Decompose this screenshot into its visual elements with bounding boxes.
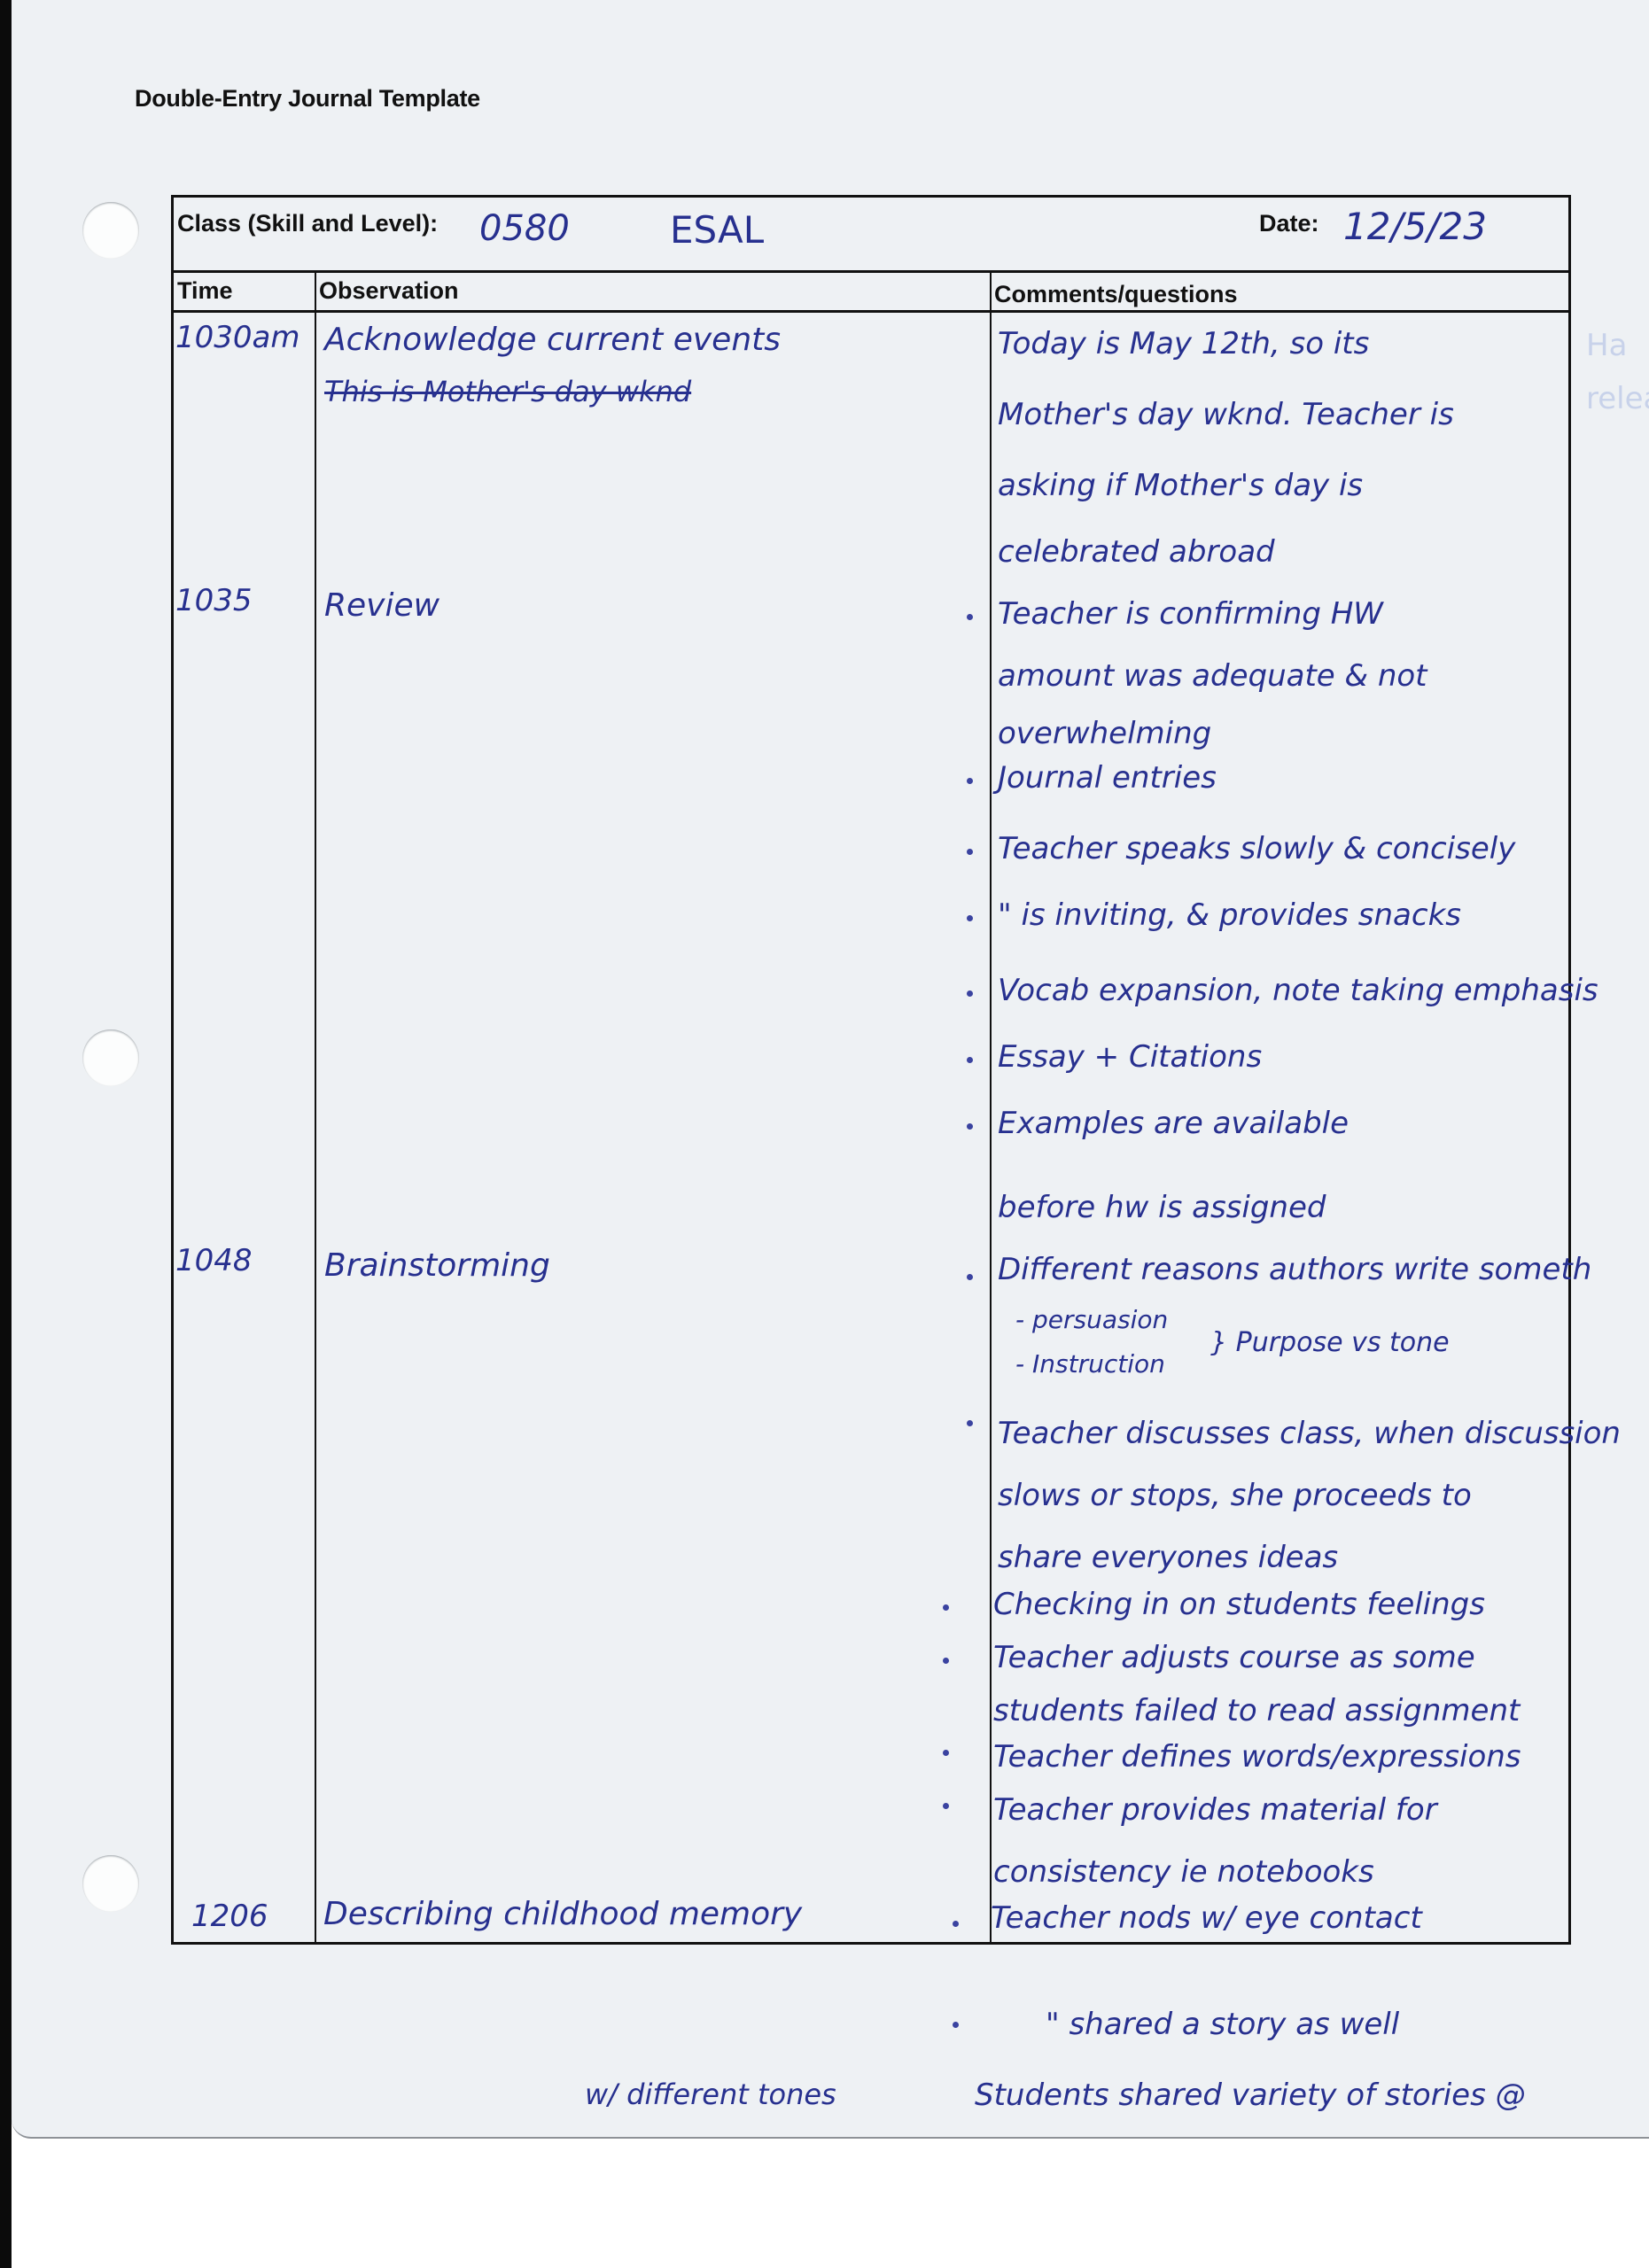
bullet-icon [943, 1803, 949, 1809]
entry-observation-struck: This is Mother's day wknd [324, 375, 691, 408]
bullet-icon [967, 915, 973, 921]
entry-comment: before hw is assigned [998, 1190, 1326, 1225]
entry-comment: Different reasons authors write someth [998, 1252, 1591, 1287]
header-observation: Observation [319, 277, 459, 305]
class-code: 0580 [479, 208, 570, 249]
bleed-through-text: relea [1586, 381, 1649, 416]
entry-observation: Describing childhood memory [323, 1896, 802, 1932]
entry-time: 1030am [175, 320, 299, 355]
entry-comment: celebrated abroad [998, 534, 1275, 570]
bullet-icon [967, 1420, 973, 1426]
entry-comment: Teacher speaks slowly & concisely [998, 831, 1515, 866]
header-row: Time Observation Comments/questions [174, 270, 1568, 313]
date-value: 12/5/23 [1343, 205, 1487, 248]
entry-comment: Vocab expansion, note taking emphasis [998, 973, 1598, 1008]
bullet-icon [953, 1921, 959, 1927]
entry-observation: Brainstorming [324, 1247, 550, 1284]
punch-hole-middle [82, 1029, 139, 1086]
bullet-icon [967, 1057, 973, 1063]
bullet-icon [943, 1750, 949, 1756]
entry-comment: asking if Mother's day is [998, 468, 1363, 503]
class-level: ESAL [670, 208, 764, 252]
entry-comment: Teacher is confirming HW [998, 596, 1383, 632]
entry-observation: Review [324, 587, 439, 624]
punch-hole-top [82, 202, 139, 259]
column-divider-time [315, 270, 316, 1942]
entry-time: 1048 [175, 1243, 253, 1278]
entry-comment: amount was adequate & not [998, 658, 1427, 694]
entry-comment: Journal entries [998, 760, 1217, 796]
class-row: Class (Skill and Level): 0580 ESAL Date:… [174, 198, 1568, 273]
header-comments: Comments/questions [994, 281, 1238, 308]
bullet-icon [943, 1604, 949, 1611]
entry-comment: " shared a story as well [1046, 2007, 1399, 2042]
entry-comment: consistency ie notebooks [993, 1854, 1374, 1890]
entry-observation: Acknowledge current events [324, 322, 781, 358]
entry-time: 1206 [191, 1899, 268, 1934]
entry-comment: Mother's day wknd. Teacher is [998, 397, 1454, 432]
punch-hole-bottom [82, 1855, 139, 1912]
journal-table: Class (Skill and Level): 0580 ESAL Date:… [171, 195, 1571, 1945]
column-divider-observation [990, 270, 992, 1942]
entry-comment: overwhelming [998, 716, 1211, 751]
entry-comment-subitem: - persuasion [1015, 1305, 1168, 1334]
entry-comment-subitem: - Instruction [1015, 1349, 1165, 1379]
entry-comment: Examples are available [998, 1106, 1349, 1141]
entry-comment: Teacher nods w/ eye contact [991, 1900, 1422, 1936]
bullet-icon [967, 849, 973, 855]
entry-comment: Checking in on students feelings [993, 1587, 1485, 1622]
bullet-icon [967, 1274, 973, 1280]
entry-comment: Teacher discusses class, when discussion [998, 1416, 1621, 1451]
entry-comment: slows or stops, she proceeds to [998, 1478, 1472, 1513]
entry-comment: " is inviting, & provides snacks [998, 897, 1461, 933]
bullet-icon [967, 778, 973, 784]
entry-comment: Essay + Citations [998, 1039, 1262, 1075]
date-label: Date: [1259, 210, 1319, 237]
entry-time: 1035 [175, 583, 253, 618]
entry-comment: share everyones ideas [998, 1540, 1338, 1575]
entry-comment-bracket-note: } Purpose vs tone [1210, 1327, 1450, 1358]
bullet-icon [967, 614, 973, 620]
scanner-edge [0, 0, 12, 2268]
bullet-icon [943, 1658, 949, 1664]
document-title: Double-Entry Journal Template [135, 85, 480, 113]
entry-observation-continued: w/ different tones [585, 2078, 836, 2111]
bleed-through-text: Ha [1586, 328, 1627, 363]
class-label: Class (Skill and Level): [177, 210, 438, 237]
bullet-icon [967, 990, 973, 997]
entry-comment: Today is May 12th, so its [998, 326, 1369, 361]
entry-comment: Teacher adjusts course as some [993, 1640, 1475, 1675]
entry-comment: Teacher provides material for [993, 1792, 1437, 1828]
entry-comment: Students shared variety of stories @ [975, 2078, 1526, 2113]
entry-comment: Teacher defines words/expressions [993, 1739, 1521, 1775]
bullet-icon [967, 1123, 973, 1130]
header-time: Time [177, 277, 233, 305]
bullet-icon [953, 2022, 959, 2028]
entry-comment: students failed to read assignment [993, 1693, 1520, 1728]
